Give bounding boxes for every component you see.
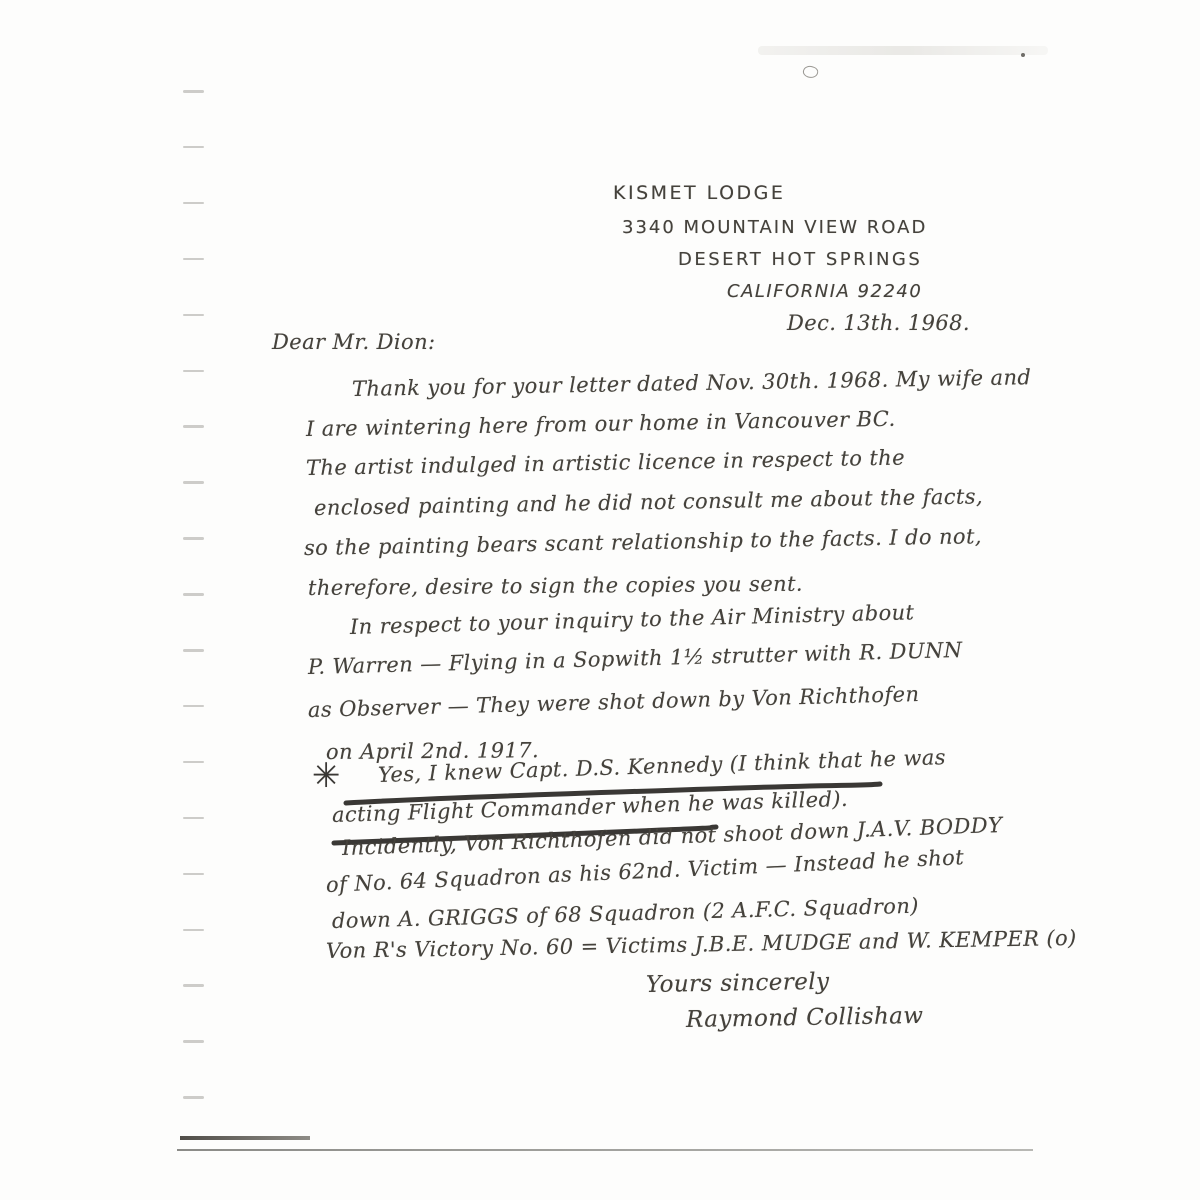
ink-smudge xyxy=(802,64,820,80)
binding-hole-mark xyxy=(183,537,204,540)
binding-hole-mark xyxy=(183,314,204,317)
header-date: Dec. 13th. 1968. xyxy=(787,311,970,335)
header-street: 3340 MOUNTAIN VIEW ROAD xyxy=(622,217,927,238)
binding-hole-mark xyxy=(183,929,204,932)
header-lodge-name: KISMET LODGE xyxy=(613,182,785,204)
body-line: Von R's Victory No. 60 = Victims J.B.E. … xyxy=(326,926,1077,963)
body-line: P. Warren — Flying in a Sopwith 1½ strut… xyxy=(308,638,963,679)
binding-hole-mark xyxy=(183,761,204,764)
binding-hole-mark xyxy=(183,817,204,820)
body-line: down A. GRIGGS of 68 Squadron (2 A.F.C. … xyxy=(332,894,919,933)
page-bottom-edge-dark xyxy=(180,1136,310,1140)
salutation: Dear Mr. Dion: xyxy=(272,330,435,354)
binding-marks xyxy=(0,0,1200,1200)
header-city: DESERT HOT SPRINGS xyxy=(678,249,922,270)
underline-marks xyxy=(0,0,1200,1200)
body-line: In respect to your inquiry to the Air Mi… xyxy=(350,600,915,639)
scan-streak xyxy=(758,46,1048,55)
body-line: enclosed painting and he did not consult… xyxy=(314,484,983,520)
binding-hole-mark xyxy=(183,202,204,205)
margin-star-icon: ✳ xyxy=(312,756,341,796)
binding-hole-mark xyxy=(183,984,204,987)
binding-hole-mark xyxy=(183,1040,204,1043)
signature: Raymond Collishaw xyxy=(686,1003,924,1033)
binding-hole-mark xyxy=(183,593,204,596)
binding-hole-mark xyxy=(183,370,204,373)
binding-hole-mark xyxy=(183,90,204,93)
page-bottom-edge-line xyxy=(177,1149,1033,1151)
binding-hole-mark xyxy=(183,1096,204,1099)
body-line: I are wintering here from our home in Va… xyxy=(306,407,896,441)
binding-hole-mark xyxy=(183,425,204,428)
body-line: so the painting bears scant relationship… xyxy=(304,524,982,560)
body-line: Thank you for your letter dated Nov. 30t… xyxy=(352,365,1032,401)
binding-hole-mark xyxy=(183,705,204,708)
body-line: as Observer — They were shot down by Von… xyxy=(308,682,920,722)
binding-hole-mark xyxy=(183,649,204,652)
body-line: therefore, desire to sign the copies you… xyxy=(308,572,803,600)
binding-hole-mark xyxy=(183,873,204,876)
body-line: The artist indulged in artistic licence … xyxy=(306,446,905,480)
binding-hole-mark xyxy=(183,146,204,149)
ink-speck xyxy=(1021,53,1025,57)
closing: Yours sincerely xyxy=(646,969,830,998)
binding-hole-mark xyxy=(183,481,204,484)
binding-hole-mark xyxy=(183,258,204,261)
letter-page: KISMET LODGE 3340 MOUNTAIN VIEW ROAD DES… xyxy=(0,0,1200,1200)
header-state-zip: CALIFORNIA 92240 xyxy=(727,281,922,302)
